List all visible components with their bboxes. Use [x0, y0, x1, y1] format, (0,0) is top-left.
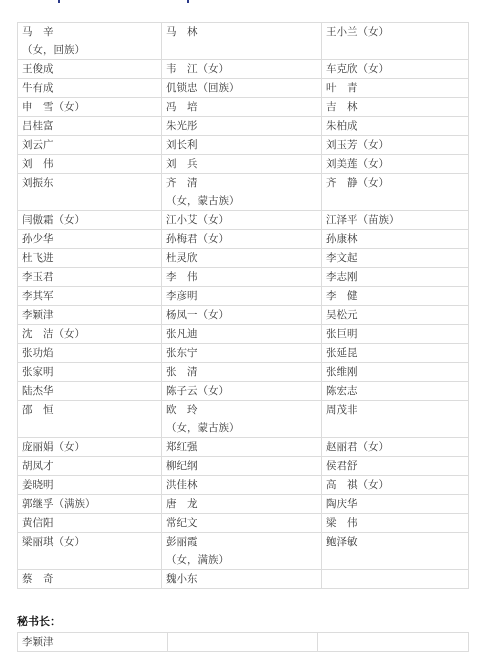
member-name: 车克欣（女） — [326, 60, 468, 78]
member-name: 刘长利 — [166, 136, 321, 154]
member-name: 沈 洁（女） — [22, 325, 161, 343]
member-cell: 李志刚 — [322, 268, 469, 287]
member-name: 杜灵欣 — [166, 249, 321, 267]
member-cell: 赵丽君（女） — [322, 438, 469, 457]
member-name: 姜晓明 — [22, 476, 161, 494]
member-name: 刘 伟 — [22, 155, 161, 173]
member-cell: 江泽平（苗族） — [322, 211, 469, 230]
member-cell: 鲍泽敏 — [322, 533, 469, 570]
member-cell: 冯 培 — [162, 98, 322, 117]
member-cell: 李其军 — [18, 287, 162, 306]
member-cell: 李颖津 — [18, 306, 162, 325]
member-cell: 杨凤一（女） — [162, 306, 322, 325]
member-cell: 刘玉芳（女） — [322, 136, 469, 155]
member-cell: 闫傲霜（女） — [18, 211, 162, 230]
table-row: 胡凤才柳纪纲侯君舒 — [18, 457, 469, 476]
member-name: 张功焰 — [22, 344, 161, 362]
member-cell: 李玉君 — [18, 268, 162, 287]
member-cell: 孙梅君（女） — [162, 230, 322, 249]
member-cell: 张家明 — [18, 363, 162, 382]
member-cell: 欧 玲（女，蒙古族） — [162, 401, 322, 438]
member-cell: 刘美莲（女） — [322, 155, 469, 174]
member-cell: 柳纪纲 — [162, 457, 322, 476]
member-cell: 黄信阳 — [18, 514, 162, 533]
table-row: 李玉君李 伟李志刚 — [18, 268, 469, 287]
table-cell — [168, 633, 318, 652]
member-name: 李文起 — [326, 249, 468, 267]
member-name: 高 祺（女） — [326, 476, 468, 494]
table-row: 刘振东齐 清（女，蒙古族）齐 静（女） — [18, 174, 469, 211]
member-name: 朱柏成 — [326, 117, 468, 135]
member-cell: 郑红强 — [162, 438, 322, 457]
member-cell: 刘长利 — [162, 136, 322, 155]
table-row: 李颖津杨凤一（女）吴松元 — [18, 306, 469, 325]
member-cell: 魏小东 — [162, 570, 322, 589]
table-row: 邵 恒欧 玲（女，蒙古族）周茂非 — [18, 401, 469, 438]
member-cell: 张功焰 — [18, 344, 162, 363]
member-cell: 王小兰（女） — [322, 23, 469, 60]
member-cell: 侯君舒 — [322, 457, 469, 476]
table-row: 李其军李彦明李 健 — [18, 287, 469, 306]
member-name: 陶庆华 — [326, 495, 468, 513]
member-name: 李 伟 — [166, 268, 321, 286]
member-cell: 杜灵欣 — [162, 249, 322, 268]
member-cell: 郭继孚（满族） — [18, 495, 162, 514]
table-row: 姜晓明洪佳林高 祺（女） — [18, 476, 469, 495]
member-name: 黄信阳 — [22, 514, 161, 532]
member-name: 吴松元 — [326, 306, 468, 324]
member-name: 江小艾（女） — [166, 211, 321, 229]
member-name: 孙梅君（女） — [166, 230, 321, 248]
table-row: 马 辛（女，回族）马 林王小兰（女） — [18, 23, 469, 60]
member-name: 郑红强 — [166, 438, 321, 456]
member-cell: 朱光彤 — [162, 117, 322, 136]
table-row: 刘 伟刘 兵刘美莲（女） — [18, 155, 469, 174]
member-name: 叶 青 — [326, 79, 468, 97]
member-cell: 李文起 — [322, 249, 469, 268]
member-name: 闫傲霜（女） — [22, 211, 161, 229]
table-row: 郭继孚（满族）唐 龙陶庆华 — [18, 495, 469, 514]
table-row: 闫傲霜（女）江小艾（女）江泽平（苗族） — [18, 211, 469, 230]
member-cell: 庞丽娟（女） — [18, 438, 162, 457]
table-row: 吕桂富朱光彤朱柏成 — [18, 117, 469, 136]
member-name: 马 辛 — [22, 23, 161, 41]
secretary-general-table: 李颖津 — [17, 632, 469, 652]
table-row: 牛有成仉锁忠（回族）叶 青 — [18, 79, 469, 98]
member-cell: 梁丽琪（女） — [18, 533, 162, 570]
member-name: 李彦明 — [166, 287, 321, 305]
member-name: 柳纪纲 — [166, 457, 321, 475]
member-name: 常纪文 — [166, 514, 321, 532]
table-row: 刘云广刘长利刘玉芳（女） — [18, 136, 469, 155]
member-name: 马 林 — [166, 23, 321, 41]
member-name — [326, 570, 468, 588]
member-name: 刘美莲（女） — [326, 155, 468, 173]
table-row: 梁丽琪（女）彭丽霞（女，满族）鲍泽敏 — [18, 533, 469, 570]
member-cell: 高 祺（女） — [322, 476, 469, 495]
member-name: 齐 清 — [166, 174, 321, 192]
member-name: 朱光彤 — [166, 117, 321, 135]
table-row: 申 雪（女）冯 培吉 林 — [18, 98, 469, 117]
member-cell: 张维刚 — [322, 363, 469, 382]
member-name: 郭继孚（满族） — [22, 495, 161, 513]
table-cell: 李颖津 — [18, 633, 168, 652]
member-cell: 陈子云（女） — [162, 382, 322, 401]
member-name: 吕桂富 — [22, 117, 161, 135]
member-cell: 刘 伟 — [18, 155, 162, 174]
member-cell: 张 清 — [162, 363, 322, 382]
member-name: 韦 江（女） — [166, 60, 321, 78]
table-row: 沈 洁（女）张凡迪张巨明 — [18, 325, 469, 344]
member-cell: 张延昆 — [322, 344, 469, 363]
member-cell: 王俊成 — [18, 60, 162, 79]
member-cell: 杜飞进 — [18, 249, 162, 268]
member-name: 吉 林 — [326, 98, 468, 116]
member-cell: 吴松元 — [322, 306, 469, 325]
member-cell: 彭丽霞（女，满族） — [162, 533, 322, 570]
member-name: 李其军 — [22, 287, 161, 305]
table-row: 黄信阳常纪文梁 伟 — [18, 514, 469, 533]
table-row: 陆杰华陈子云（女）陈宏志 — [18, 382, 469, 401]
table-row: 庞丽娟（女）郑红强赵丽君（女） — [18, 438, 469, 457]
member-cell: 江小艾（女） — [162, 211, 322, 230]
member-cell: 车克欣（女） — [322, 60, 469, 79]
member-name: 梁丽琪（女） — [22, 533, 161, 551]
member-name: 张 清 — [166, 363, 321, 381]
member-cell: 陶庆华 — [322, 495, 469, 514]
member-note: （女，蒙古族） — [166, 419, 321, 437]
member-name: 唐 龙 — [166, 495, 321, 513]
table-row: 王俊成韦 江（女）车克欣（女） — [18, 60, 469, 79]
secretary-general-label: 秘书长： — [17, 614, 61, 630]
member-name: 彭丽霞 — [166, 533, 321, 551]
member-name: 杨凤一（女） — [166, 306, 321, 324]
member-cell: 姜晓明 — [18, 476, 162, 495]
member-cell: 刘云广 — [18, 136, 162, 155]
member-name: 申 雪（女） — [22, 98, 161, 116]
member-name: 牛有成 — [22, 79, 161, 97]
member-cell: 齐 静（女） — [322, 174, 469, 211]
member-name: 刘 兵 — [166, 155, 321, 173]
member-name: 侯君舒 — [326, 457, 468, 475]
member-cell: 吉 林 — [322, 98, 469, 117]
table-row: 蔡 奇魏小东 — [18, 570, 469, 589]
member-cell: 胡凤才 — [18, 457, 162, 476]
member-cell: 李 伟 — [162, 268, 322, 287]
member-name: 李志刚 — [326, 268, 468, 286]
member-name: 庞丽娟（女） — [22, 438, 161, 456]
member-cell: 申 雪（女） — [18, 98, 162, 117]
member-note: （女，蒙古族） — [166, 192, 321, 210]
member-cell: 张巨明 — [322, 325, 469, 344]
member-name: 陈宏志 — [326, 382, 468, 400]
member-cell: 朱柏成 — [322, 117, 469, 136]
member-name: 孙少华 — [22, 230, 161, 248]
member-name: 鲍泽敏 — [326, 533, 468, 551]
member-cell: 陈宏志 — [322, 382, 469, 401]
table-row: 张家明张 清张维刚 — [18, 363, 469, 382]
table-row: 李颖津 — [18, 633, 469, 652]
member-note: （女，满族） — [166, 551, 321, 569]
member-cell: 刘振东 — [18, 174, 162, 211]
member-name: 周茂非 — [326, 401, 468, 419]
member-name: 王小兰（女） — [326, 23, 468, 41]
member-name: 冯 培 — [166, 98, 321, 116]
member-cell: 马 辛（女，回族） — [18, 23, 162, 60]
member-cell: 邵 恒 — [18, 401, 162, 438]
member-name: 邵 恒 — [22, 401, 161, 419]
member-cell: 常纪文 — [162, 514, 322, 533]
member-name: 李玉君 — [22, 268, 161, 286]
member-cell: 吕桂富 — [18, 117, 162, 136]
members-table: 马 辛（女，回族）马 林王小兰（女）王俊成韦 江（女）车克欣（女）牛有成仉锁忠（… — [17, 22, 469, 589]
member-name: 胡凤才 — [22, 457, 161, 475]
member-cell: 陆杰华 — [18, 382, 162, 401]
member-cell: 孙少华 — [18, 230, 162, 249]
member-name: 仉锁忠（回族） — [166, 79, 321, 97]
member-cell: 齐 清（女，蒙古族） — [162, 174, 322, 211]
member-name: 张维刚 — [326, 363, 468, 381]
member-name: 李颖津 — [22, 306, 161, 324]
member-name: 江泽平（苗族） — [326, 211, 468, 229]
member-cell: 张凡迪 — [162, 325, 322, 344]
member-name: 陈子云（女） — [166, 382, 321, 400]
member-cell: 孙康林 — [322, 230, 469, 249]
member-name: 刘云广 — [22, 136, 161, 154]
member-name: 洪佳林 — [166, 476, 321, 494]
member-name: 张凡迪 — [166, 325, 321, 343]
member-name: 陆杰华 — [22, 382, 161, 400]
member-cell: 李 健 — [322, 287, 469, 306]
table-cell — [318, 633, 469, 652]
member-note: （女，回族） — [22, 41, 161, 59]
member-name: 张延昆 — [326, 344, 468, 362]
member-name: 李 健 — [326, 287, 468, 305]
member-name: 赵丽君（女） — [326, 438, 468, 456]
member-name: 张家明 — [22, 363, 161, 381]
member-cell: 仉锁忠（回族） — [162, 79, 322, 98]
member-cell: 韦 江（女） — [162, 60, 322, 79]
member-name: 梁 伟 — [326, 514, 468, 532]
member-cell: 李彦明 — [162, 287, 322, 306]
table-row: 杜飞进杜灵欣李文起 — [18, 249, 469, 268]
member-name: 齐 静（女） — [326, 174, 468, 192]
member-cell: 张东宁 — [162, 344, 322, 363]
member-name: 孙康林 — [326, 230, 468, 248]
member-name: 魏小东 — [166, 570, 321, 588]
member-cell: 周茂非 — [322, 401, 469, 438]
member-cell — [322, 570, 469, 589]
member-name: 张东宁 — [166, 344, 321, 362]
members-table-body: 马 辛（女，回族）马 林王小兰（女）王俊成韦 江（女）车克欣（女）牛有成仉锁忠（… — [18, 23, 469, 589]
member-cell: 刘 兵 — [162, 155, 322, 174]
table-row: 张功焰张东宁张延昆 — [18, 344, 469, 363]
member-name: 刘玉芳（女） — [326, 136, 468, 154]
member-name: 杜飞进 — [22, 249, 161, 267]
member-cell: 唐 龙 — [162, 495, 322, 514]
cropped-text-fragment — [0, 0, 484, 4]
member-cell: 洪佳林 — [162, 476, 322, 495]
member-cell: 叶 青 — [322, 79, 469, 98]
member-name: 蔡 奇 — [22, 570, 161, 588]
member-name: 张巨明 — [326, 325, 468, 343]
table-row: 孙少华孙梅君（女）孙康林 — [18, 230, 469, 249]
member-name: 欧 玲 — [166, 401, 321, 419]
member-name: 王俊成 — [22, 60, 161, 78]
member-cell: 梁 伟 — [322, 514, 469, 533]
member-cell: 蔡 奇 — [18, 570, 162, 589]
member-name: 刘振东 — [22, 174, 161, 192]
member-cell: 牛有成 — [18, 79, 162, 98]
member-cell: 沈 洁（女） — [18, 325, 162, 344]
member-cell: 马 林 — [162, 23, 322, 60]
